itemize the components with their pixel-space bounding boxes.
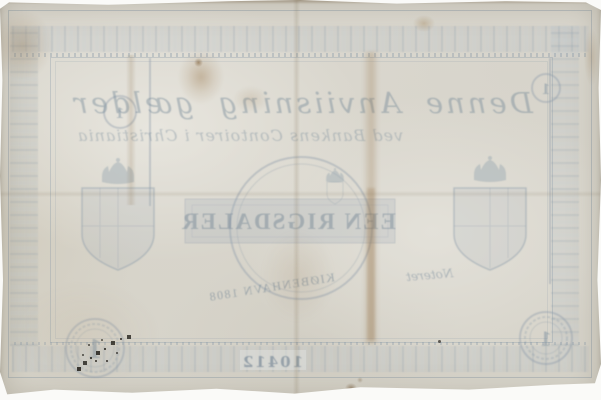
banknote-sheet: 1 1 1 1 [0,0,601,400]
photo-stage: 1 1 1 1 [0,0,601,400]
paper-edge-vignette [0,0,601,400]
